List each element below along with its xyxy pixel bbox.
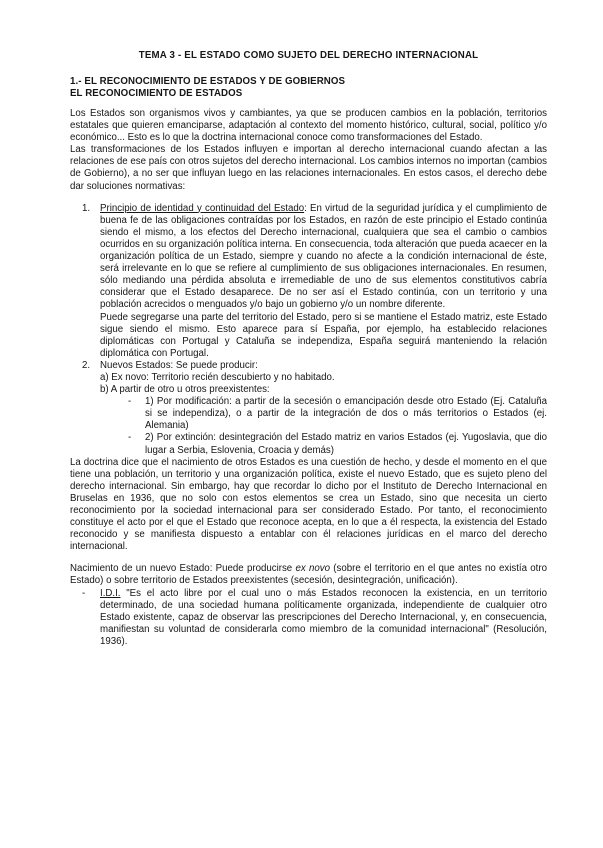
new-states-line-b: b) A partir de otro u otros preexistente… — [100, 384, 547, 396]
sub-item-body: 2) Por extinción: desintegración del Est… — [145, 432, 547, 456]
list-item-body: I.D.I. "Es el acto libre por el cual uno… — [100, 588, 547, 648]
idi-paragraph: I.D.I. "Es el acto libre por el cual uno… — [100, 588, 547, 648]
identity-principle-lead: Principio de identidad y continuidad del… — [100, 203, 304, 214]
intro-paragraph-1: Los Estados son organismos vivos y cambi… — [70, 108, 547, 144]
identity-principle-text: : En virtud de la seguridad jurídica y e… — [100, 203, 547, 311]
idi-lead: I.D.I. — [100, 588, 120, 599]
ex-novo-italic: ex novo — [295, 563, 330, 574]
dash-marker: - — [100, 396, 145, 432]
birth-paragraph-start: Nacimiento de un nuevo Estado: Puede pro… — [70, 563, 295, 574]
sub-item-modification: - 1) Por modificación: a partir de la se… — [100, 396, 547, 432]
list-item-identity-principle: 1. Principio de identidad y continuidad … — [70, 203, 547, 360]
spacer — [70, 553, 547, 563]
dash-marker: - — [70, 588, 100, 648]
list-item-body: Principio de identidad y continuidad del… — [100, 203, 547, 360]
sub-item-body: 1) Por modificación: a partir de la sece… — [145, 396, 547, 432]
dash-marker: - — [100, 432, 145, 456]
sub-item-extinction-text: 2) Por extinción: desintegración del Est… — [145, 432, 547, 456]
spacer — [70, 193, 547, 203]
section-heading: 1.- EL RECONOCIMIENTO DE ESTADOS Y DE GO… — [70, 76, 547, 88]
segregation-paragraph: Puede segregarse una parte del territori… — [100, 312, 547, 360]
document-title: TEMA 3 - EL ESTADO COMO SUJETO DEL DEREC… — [70, 50, 547, 62]
birth-paragraph: Nacimiento de un nuevo Estado: Puede pro… — [70, 563, 547, 587]
list-item-new-states: 2. Nuevos Estados: Se puede producir: a)… — [70, 360, 547, 457]
list-marker: 1. — [70, 203, 100, 360]
sub-item-modification-text: 1) Por modificación: a partir de la sece… — [145, 396, 547, 432]
list-item-body: Nuevos Estados: Se puede producir: a) Ex… — [100, 360, 547, 457]
doctrine-paragraph: La doctrina dice que el nacimiento de ot… — [70, 457, 547, 554]
sub-item-extinction: - 2) Por extinción: desintegración del E… — [100, 432, 547, 456]
list-item-idi: - I.D.I. "Es el acto libre por el cual u… — [70, 588, 547, 648]
document-page: TEMA 3 - EL ESTADO COMO SUJETO DEL DEREC… — [0, 0, 603, 848]
new-states-intro: Nuevos Estados: Se puede producir: — [100, 360, 547, 372]
new-states-line-a: a) Ex novo: Territorio recién descubiert… — [100, 372, 547, 384]
subsection-heading: EL RECONOCIMIENTO DE ESTADOS — [70, 88, 547, 100]
list-marker: 2. — [70, 360, 100, 457]
spacer — [70, 100, 547, 108]
identity-principle-paragraph: Principio de identidad y continuidad del… — [100, 203, 547, 312]
idi-text: "Es el acto libre por el cual uno o más … — [100, 588, 547, 647]
intro-paragraph-2: Las transformaciones de los Estados infl… — [70, 144, 547, 192]
